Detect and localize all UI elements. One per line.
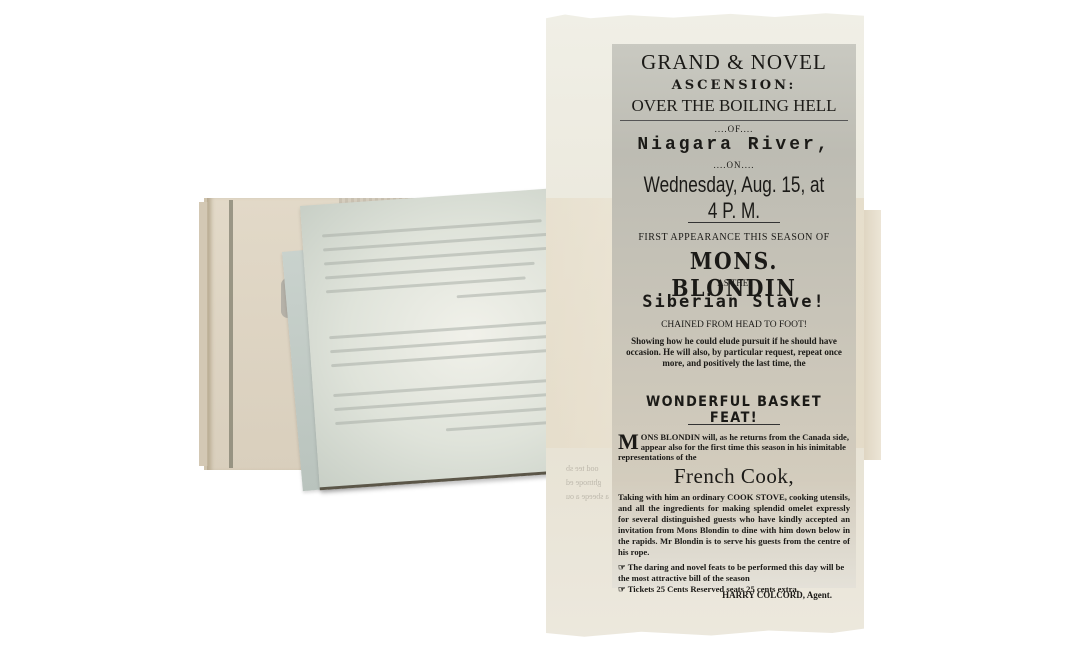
bleed-through-text: ood tee sb [566, 464, 598, 473]
handbill-first-appearance: FIRST APPEARANCE THIS SEASON OF [612, 232, 856, 243]
handbill-mons-paragraph: M ONS BLONDIN will, as he returns from t… [612, 432, 856, 462]
handbill-over-line: OVER THE BOILING HELL [612, 96, 856, 116]
bleed-through-line [326, 276, 526, 293]
bleed-through-line [331, 349, 549, 367]
drop-cap: M [618, 432, 639, 452]
divider [620, 120, 848, 121]
booklet-turned-page [300, 187, 587, 490]
booklet [0, 0, 1080, 648]
handbill-location: Niagara River, [612, 135, 856, 155]
bleed-through-text: a sbeeqe a ou [566, 492, 609, 501]
handbill-chained: CHAINED FROM HEAD TO FOOT! [612, 320, 856, 330]
handbill-on: ....ON.... [612, 160, 856, 170]
handbill-showing: Showing how he could elude pursuit if he… [612, 336, 856, 369]
handbill-as-the: AS THE; [612, 278, 856, 288]
bleed-through-line [446, 421, 556, 432]
booklet-spine [229, 200, 233, 468]
handbill-role: Siberian Slave! [612, 292, 856, 312]
handbill-subtitle: ASCENSION: [612, 78, 856, 93]
divider [688, 222, 780, 223]
handbill-body: Taking with him an ordinary COOK STOVE, … [612, 492, 856, 558]
handbill-feat: WONDERFUL BASKET FEAT! [622, 394, 846, 426]
handbill-date: Wednesday, Aug. 15, at 4 P. M. [639, 172, 829, 224]
bleed-through-line [325, 262, 535, 280]
handbill-agent: HARRY COLCORD, Agent. [612, 590, 856, 600]
bleed-through-line [457, 289, 547, 298]
handbill-french-cook: French Cook, [612, 464, 856, 489]
paragraph-text: ONS BLONDIN will, as he returns from the… [618, 432, 849, 462]
bleed-through-text: ghtnoqe ed [566, 478, 601, 487]
note-feats: ☞ The daring and novel feats to be perfo… [618, 562, 850, 584]
page-stack-edge [203, 202, 208, 466]
divider [688, 424, 780, 425]
handbill-title: GRAND & NOVEL [612, 50, 856, 75]
handbill-print-block: GRAND & NOVEL ASCENSION: OVER THE BOILIN… [612, 44, 856, 588]
handbill-of: ....OF.... [612, 124, 856, 134]
handbill: ood tee sb ghtnoqe ed a sbeeqe a ou GRAN… [546, 12, 864, 638]
